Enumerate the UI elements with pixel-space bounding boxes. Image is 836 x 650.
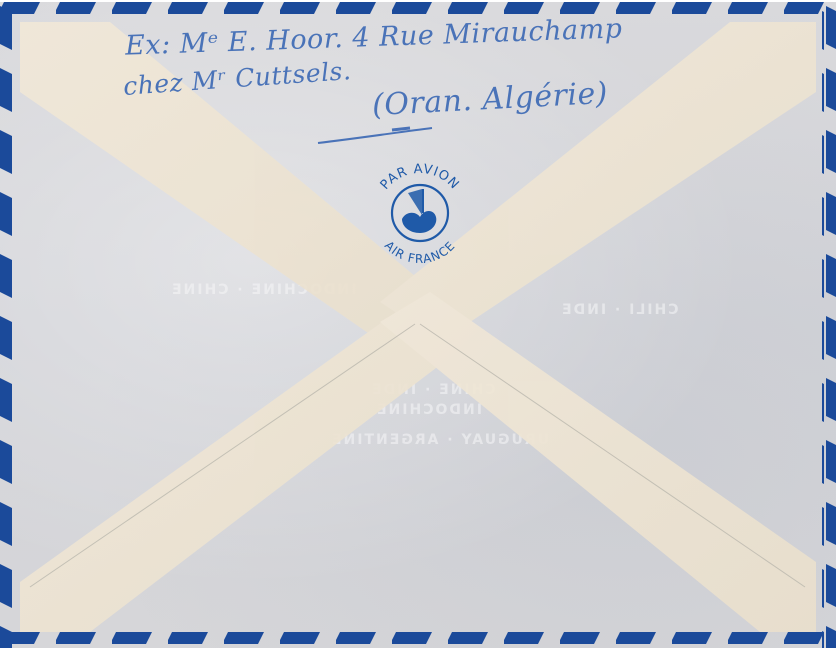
par-avion-text: PAR AVION	[378, 162, 462, 193]
winged-seahorse-icon	[402, 189, 436, 233]
photo-scene: CHINE · INDE INDOCHINE URUGUAY · ARGENTI…	[0, 0, 836, 650]
svg-text:AIR FRANCE: AIR FRANCE	[382, 238, 458, 266]
envelope-back: CHINE · INDE INDOCHINE URUGUAY · ARGENTI…	[0, 2, 836, 648]
air-france-logo-stamp: PAR AVION AIR FRANCE	[364, 157, 476, 269]
svg-text:PAR AVION: PAR AVION	[378, 162, 462, 193]
air-france-text: AIR FRANCE	[382, 238, 458, 266]
